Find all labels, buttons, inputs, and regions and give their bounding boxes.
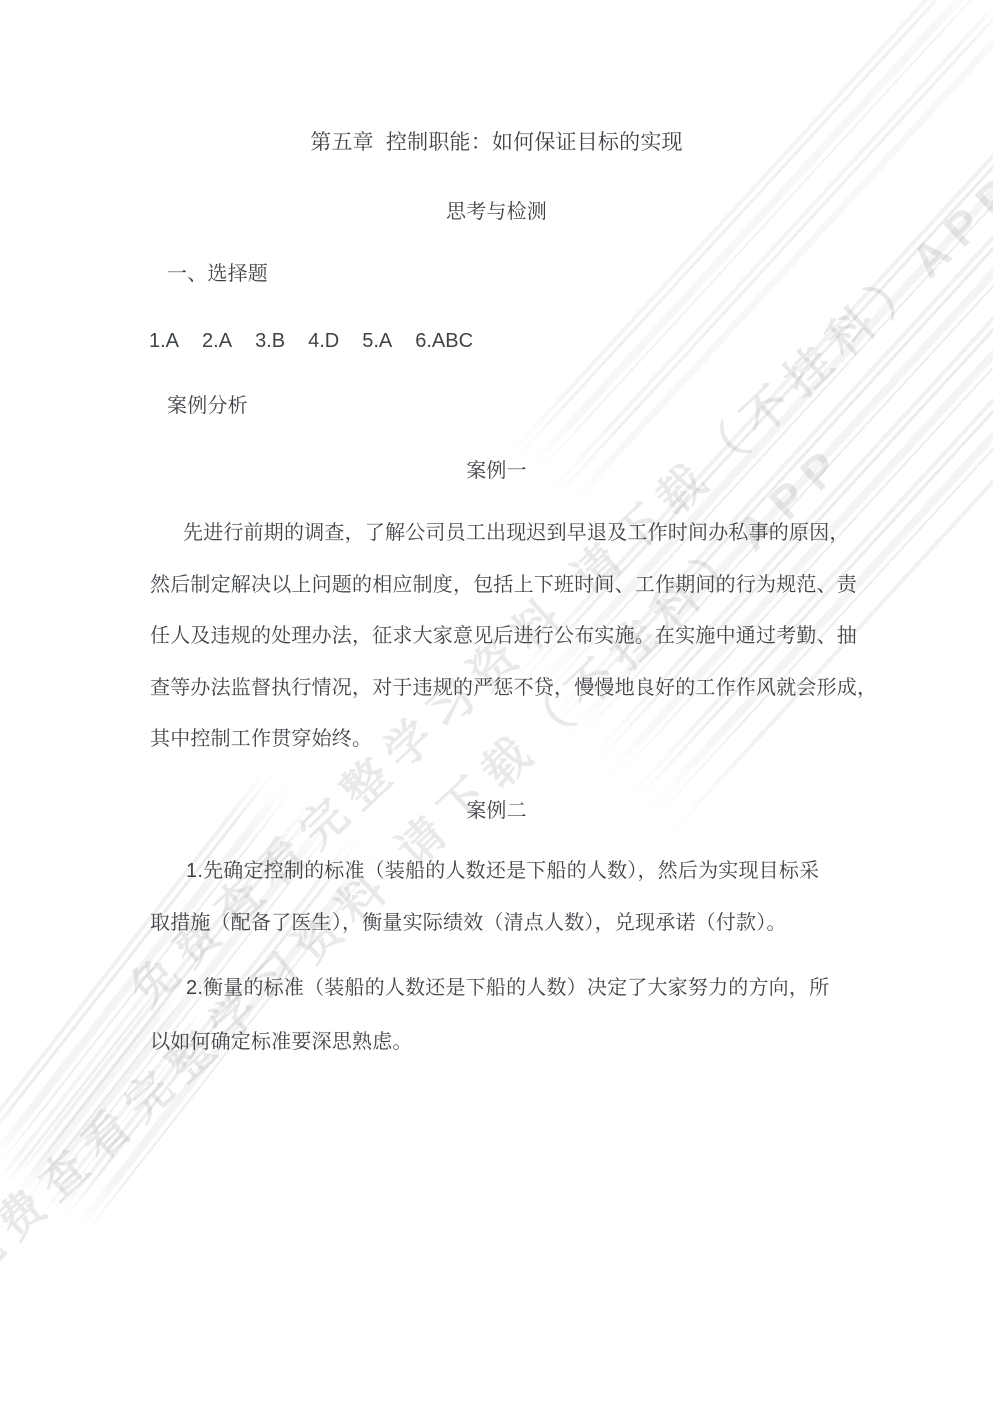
choice-answers-row: 1.A 2.A 3.B 4.D 5.A 6.ABC (149, 328, 473, 354)
case1-paragraph-line: 查等办法监督执行情况，对于违规的严惩不贷，慢慢地良好的工作作风就会形成， (150, 675, 877, 701)
case2-answer2-line: 2.衡量的标准（装船的人数还是下船的人数）决定了大家努力的方向，所 (150, 975, 829, 1001)
case1-paragraph-line: 先进行前期的调查，了解公司员工出现迟到早退及工作时间办私事的原因， (150, 520, 850, 546)
brush-streak-bottom-left-2 (0, 971, 208, 1219)
section-heading-case-analysis: 案例分析 (167, 393, 248, 419)
case1-paragraph-line: 然后制定解决以上问题的相应制度，包括上下班时间、工作期间的行为规范、责 (150, 572, 857, 598)
case2-title: 案例二 (0, 798, 993, 824)
case2-answer1-line: 1.先确定控制的标准（装船的人数还是下船的人数），然后为实现目标采 (150, 858, 819, 884)
page-subtitle: 思考与检测 (0, 199, 993, 225)
brush-streak-top-right-2 (500, 0, 993, 513)
case1-title: 案例一 (0, 458, 993, 484)
brush-streak-top-right (501, 0, 993, 837)
answer-item-6: 6.ABC (415, 328, 473, 354)
answer-item-2: 2.A (202, 328, 232, 354)
page-title: 第五章 控制职能：如何保证目标的实现 (0, 130, 993, 156)
answer-item-4: 4.D (308, 328, 339, 354)
answer-item-1: 1.A (149, 328, 179, 354)
brush-streak-bottom-left (0, 764, 395, 1247)
case1-paragraph-line: 其中控制工作贯穿始终。 (150, 726, 372, 752)
case1-paragraph-line: 任人及违规的处理办法，征求大家意见后进行公布实施。在实施中通过考勤、抽 (150, 623, 857, 649)
section-heading-choice-questions: 一、选择题 (167, 261, 268, 287)
document-page: 免费查看完整学习资料 请下载（不挂科）APP 免费查看完整学习资料 请下载（不挂… (0, 0, 993, 1404)
answer-item-5: 5.A (362, 328, 392, 354)
answer-item-3: 3.B (255, 328, 285, 354)
case2-answer1-line: 取措施（配备了医生），衡量实际绩效（清点人数），兑现承诺（付款）。 (150, 910, 787, 936)
case2-answer2-line: 以如何确定标准要深思熟虑。 (150, 1029, 413, 1055)
